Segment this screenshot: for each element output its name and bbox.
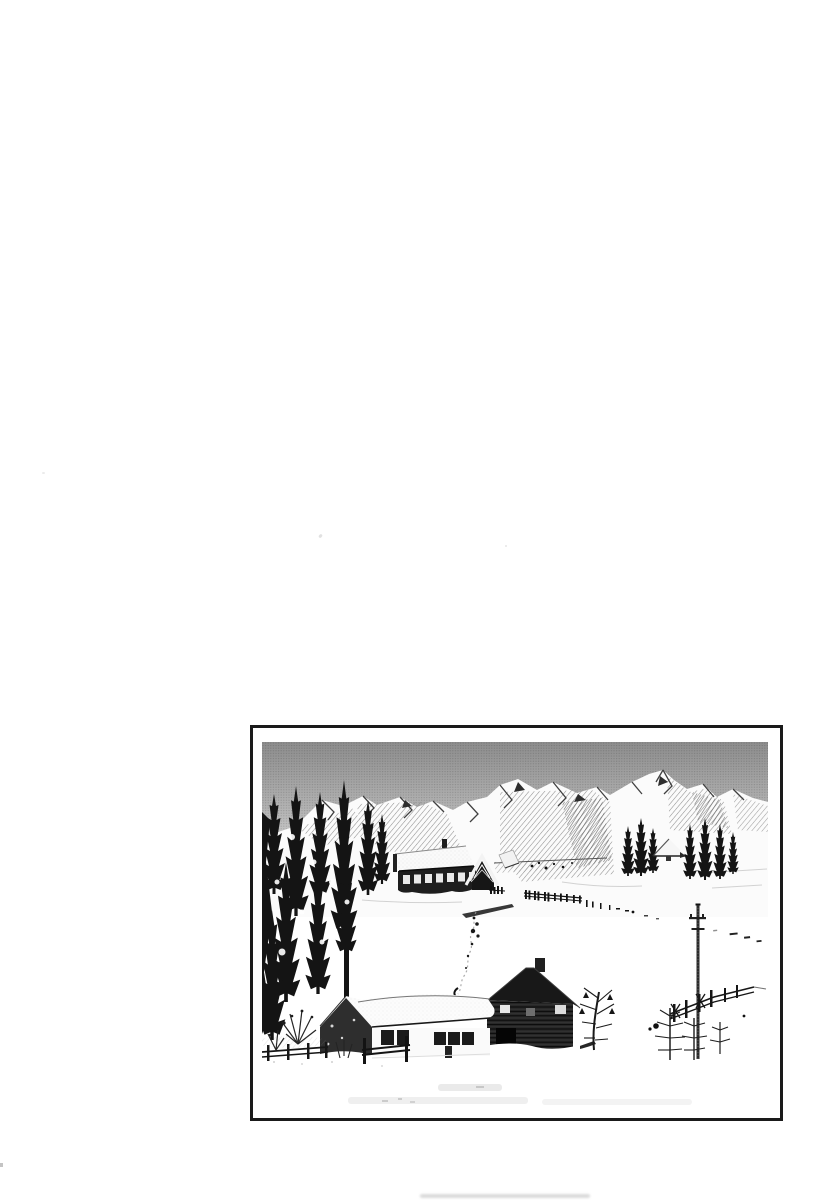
scanned-page xyxy=(0,0,835,1200)
scan-speck xyxy=(505,545,507,547)
scan-smudges xyxy=(348,1084,692,1105)
scan-speck xyxy=(0,1163,3,1167)
snow-dashes-right xyxy=(713,925,761,947)
scan-streak xyxy=(420,1194,590,1198)
house-chimney xyxy=(344,943,349,999)
cabin-window xyxy=(500,1005,510,1013)
trail xyxy=(454,912,479,997)
cabin-window xyxy=(555,1005,566,1014)
hut-door xyxy=(666,856,671,861)
pole-crossarm xyxy=(692,928,705,930)
log-cabin xyxy=(483,958,596,1056)
winter-landscape-illustration xyxy=(262,742,768,1110)
house-door-post xyxy=(445,1046,452,1058)
lodge-chimney xyxy=(442,839,447,848)
bare-tree-right-of-cabin xyxy=(579,988,615,1050)
scan-speck xyxy=(318,534,323,539)
utility-pole xyxy=(689,904,706,1060)
fence-right xyxy=(670,985,766,1022)
scan-speck xyxy=(42,472,45,474)
